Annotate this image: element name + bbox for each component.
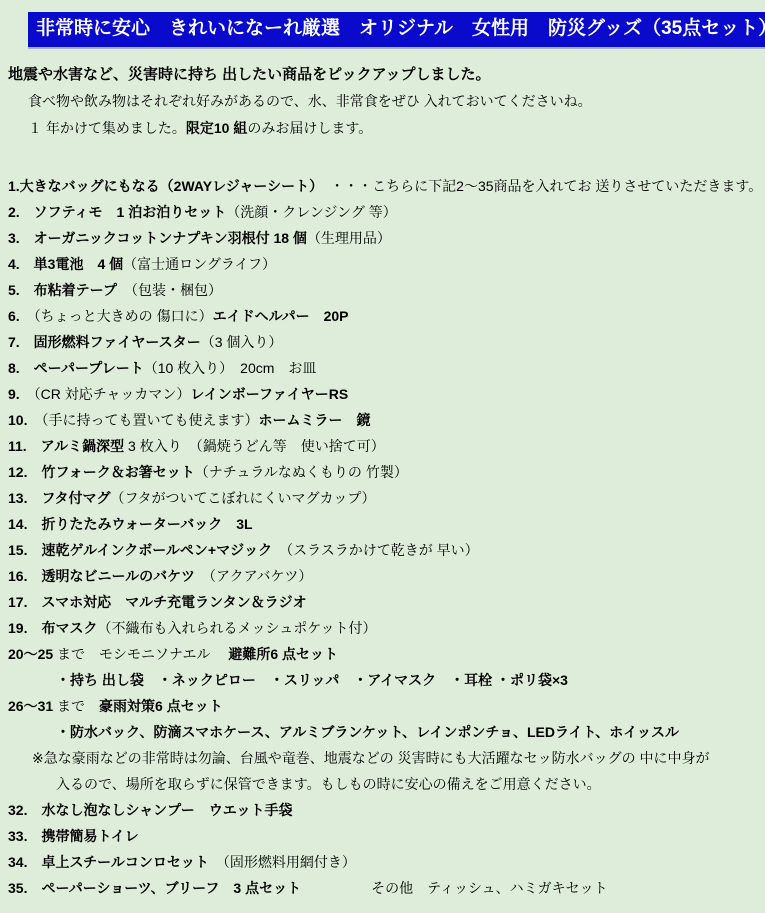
list-item: 11. アルミ鍋深型 3 枚入り （鍋焼うどん等 使い捨て可）: [8, 433, 757, 459]
list-item: 13. フタ付マグ（フタがついてこぼれにくいマグカップ）: [8, 485, 757, 511]
intro-line: 地震や水害など、災害時に持ち 出したい商品をピックアップしました。: [8, 61, 757, 88]
text-segment: （洗顔・クレンジング 等）: [226, 204, 397, 220]
list-item: 2. ソフティモ 1 泊お泊りセット（洗顔・クレンジング 等）: [8, 199, 757, 225]
text-segment: ・・・こちらに下記2～35商品を入れてお 送りさせていただきます。: [316, 178, 762, 194]
text-segment: 26～31: [8, 698, 53, 714]
text-segment: まで モシモニソナエル: [53, 646, 228, 662]
text-segment: 17. スマホ対応 マルチ充電ランタン＆ラジオ: [8, 594, 307, 610]
text-segment: 入るので、場所を取らずに保管できます。もしもの時に安心の備えをご用意ください。: [56, 776, 601, 792]
text-segment: 4. 単3電池 4 個: [8, 256, 123, 272]
list-item: 19. 布マスク（不織布も入れられるメッシュポケット付）: [8, 615, 757, 641]
text-segment: 限定10 組: [186, 120, 247, 136]
text-segment: （CR 対応チャッカマン）: [34, 386, 191, 402]
text-segment: ※急な豪雨などの非常時は勿論、台風や竜巻、地震などの 災害時にも大活躍なセッ防水…: [32, 750, 710, 766]
list-item: 8. ペーパープレート（10 枚入り） 20cm お皿: [8, 355, 757, 381]
intro-line: 食べ物や飲み物はそれぞれ好みがあるので、水、非常食をぜひ 入れておいてくださいね…: [8, 88, 757, 115]
text-segment: 14. 折りたたみウォーターバック 3L: [8, 516, 253, 532]
text-segment: 13. フタ付マグ: [8, 490, 110, 506]
text-segment: （生理用品）: [307, 230, 391, 246]
list-item: 34. 卓上スチールコンロセット （固形燃料用網付き）: [8, 849, 757, 875]
text-segment: 33. 携帯簡易トイレ: [8, 828, 139, 844]
text-segment: 9.: [8, 386, 34, 402]
text-segment: レインボーファイヤーRS: [190, 386, 348, 402]
text-segment: 34. 卓上スチールコンロセット: [8, 854, 209, 870]
list-item: 10. （手に持っても置いても使えます）ホームミラー 鏡: [8, 407, 757, 433]
text-segment: ホームミラー 鏡: [258, 412, 370, 428]
text-segment: 1.大きなバッグにもなる（2WAYレジャーシート）: [8, 178, 316, 194]
text-segment: 避難所6 点セット: [228, 646, 338, 662]
text-segment: 16. 透明なビニールのバケツ: [8, 568, 195, 584]
text-segment: （手に持っても置いても使えます）: [41, 412, 258, 428]
list-item: 5. 布粘着テープ （包装・梱包）: [8, 277, 757, 303]
list-item: 12. 竹フォーク＆お箸セット（ナチュラルなぬくもりの 竹製）: [8, 459, 757, 485]
auction-description-page: 非常時に安心 きれいになーれ厳選 オリジナル 女性用 防災グッズ（35点セット）…: [0, 0, 765, 913]
sub-bullet: ・防水バック、防滴スマホケース、アルミブランケット、レインポンチョ、LEDライト…: [8, 719, 757, 745]
text-segment: 15. 速乾ゲルインクボールペン+マジック: [8, 542, 272, 558]
page-title: 非常時に安心 きれいになーれ厳選 オリジナル 女性用 防災グッズ（35点セット）: [28, 12, 765, 47]
text-segment: 3. オーガニックコットンナプキン羽根付 18 個: [8, 230, 307, 246]
list-item: 1.大きなバッグにもなる（2WAYレジャーシート） ・・・こちらに下記2～35商…: [8, 173, 757, 199]
list-item: 17. スマホ対応 マルチ充電ランタン＆ラジオ: [8, 589, 757, 615]
text-segment: 豪雨対策6 点セット: [99, 698, 223, 714]
text-segment: （ちょっと大きめの 傷口に）: [34, 308, 213, 324]
text-segment: （固形燃料用網付き）: [209, 854, 356, 870]
text-segment: ・防水バック、防滴スマホケース、アルミブランケット、レインポンチョ、LEDライト…: [56, 724, 679, 740]
list-item: 4. 単3電池 4 個（富士通ロングライフ）: [8, 251, 757, 277]
text-segment: 7. 固形燃料ファイヤースター: [8, 334, 201, 350]
list-item: 32. 水なし泡なしシャンプー ウエット手袋: [8, 797, 757, 823]
text-segment: のみお届けします。: [247, 120, 372, 136]
text-segment: その他 ティッシュ、ハミガキセット: [301, 880, 608, 896]
text-segment: （富士通ロングライフ）: [123, 256, 276, 272]
item-list: 1.大きなバッグにもなる（2WAYレジャーシート） ・・・こちらに下記2～35商…: [8, 173, 757, 901]
list-item: 6. （ちょっと大きめの 傷口に）エイドヘルパー 20P: [8, 303, 757, 329]
list-item: 3. オーガニックコットンナプキン羽根付 18 個（生理用品）: [8, 225, 757, 251]
intro-line: １ 年かけて集めました。限定10 組のみお届けします。: [8, 115, 757, 142]
text-segment: 11. アルミ鍋深型: [8, 438, 124, 454]
list-item: 9. （CR 対応チャッカマン）レインボーファイヤーRS: [8, 381, 757, 407]
text-segment: （アクアバケツ）: [195, 568, 312, 584]
text-segment: 食べ物や飲み物はそれぞれ好みがあるので、水、非常食をぜひ 入れておいてくださいね…: [28, 93, 592, 109]
text-segment: 35. ペーパーショーツ、ブリーフ 3 点セット: [8, 880, 301, 896]
group-header: 20～25 まで モシモニソナエル 避難所6 点セット: [8, 641, 757, 667]
note-line: ※急な豪雨などの非常時は勿論、台風や竜巻、地震などの 災害時にも大活躍なセッ防水…: [8, 745, 757, 771]
text-segment: 5. 布粘着テープ: [8, 282, 117, 298]
title-bar: 非常時に安心 きれいになーれ厳選 オリジナル 女性用 防災グッズ（35点セット）: [28, 12, 757, 48]
list-item: 7. 固形燃料ファイヤースター（3 個入り）: [8, 329, 757, 355]
text-segment: 19. 布マスク: [8, 620, 97, 636]
text-segment: （包装・梱包）: [117, 282, 222, 298]
text-segment: エイドヘルパー 20P: [213, 308, 349, 324]
text-segment: 地震や水害など、災害時に持ち 出したい商品をピックアップしました。: [8, 66, 491, 83]
text-segment: （ナチュラルなぬくもりの 竹製）: [195, 464, 408, 480]
text-segment: 32. 水なし泡なしシャンプー ウエット手袋: [8, 802, 292, 818]
text-segment: 12. 竹フォーク＆お箸セット: [8, 464, 195, 480]
text-segment: （不織布も入れられるメッシュポケット付）: [97, 620, 376, 636]
page: { "page_bg": "#deedd9", "title": { "text…: [0, 0, 765, 913]
intro-section: 地震や水害など、災害時に持ち 出したい商品をピックアップしました。食べ物や飲み物…: [8, 61, 757, 142]
text-segment: 3 枚入り （鍋焼うどん等 使い捨て可）: [124, 438, 385, 454]
group-header: 26～31 まで 豪雨対策6 点セット: [8, 693, 757, 719]
text-segment: （スラスラかけて乾きが 早い）: [272, 542, 478, 558]
list-item: 33. 携帯簡易トイレ: [8, 823, 757, 849]
list-item: 15. 速乾ゲルインクボールペン+マジック （スラスラかけて乾きが 早い）: [8, 537, 757, 563]
text-segment: １ 年かけて集めました。: [28, 120, 186, 136]
sub-bullet: ・持ち 出し袋 ・ネックピロー ・スリッパ ・アイマスク ・耳栓 ・ポリ袋×3: [8, 667, 757, 693]
note-line: 入るので、場所を取らずに保管できます。もしもの時に安心の備えをご用意ください。: [8, 771, 757, 797]
text-segment: 10.: [8, 412, 41, 428]
text-segment: ・持ち 出し袋 ・ネックピロー ・スリッパ ・アイマスク ・耳栓 ・ポリ袋×3: [56, 672, 568, 688]
list-item: 35. ペーパーショーツ、ブリーフ 3 点セット その他 ティッシュ、ハミガキセ…: [8, 875, 757, 901]
text-segment: まで: [53, 698, 99, 714]
text-segment: （10 枚入り） 20cm お皿: [144, 360, 317, 376]
text-segment: 20～25: [8, 646, 53, 662]
text-segment: 2. ソフティモ 1 泊お泊りセット: [8, 204, 226, 220]
text-segment: （フタがついてこぼれにくいマグカップ）: [110, 490, 375, 506]
text-segment: 8. ペーパープレート: [8, 360, 144, 376]
text-segment: （3 個入り）: [201, 334, 283, 350]
text-segment: 6.: [8, 308, 34, 324]
list-item: 14. 折りたたみウォーターバック 3L: [8, 511, 757, 537]
list-item: 16. 透明なビニールのバケツ （アクアバケツ）: [8, 563, 757, 589]
